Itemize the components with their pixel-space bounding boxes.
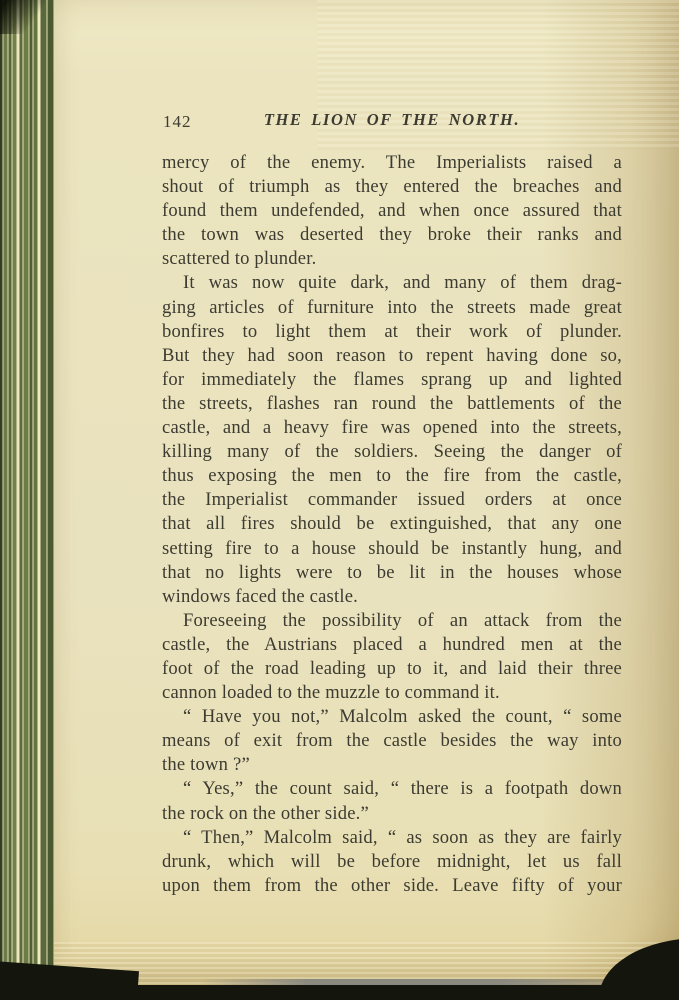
text-line: thus exposing the men to the fire from t… <box>162 464 622 488</box>
book-page-edges <box>0 0 56 988</box>
text-line: upon them from the other side. Leave fif… <box>162 874 622 898</box>
text-line: bonfires to light them at their work of … <box>162 320 622 344</box>
running-head: THE LION OF THE NORTH. <box>162 110 622 130</box>
text-line: castle, and a heavy fire was opened into… <box>162 416 622 440</box>
text-line: the town was deserted they broke their r… <box>162 223 622 247</box>
text-line: shout of triumph as they entered the bre… <box>162 175 622 199</box>
page-text: 142 THE LION OF THE NORTH. mercy of the … <box>162 110 622 898</box>
text-line: cannon loaded to the muzzle to command i… <box>162 681 622 705</box>
text-line: castle, the Austrians placed a hundred m… <box>162 633 622 657</box>
text-line: the town ?” <box>162 753 622 777</box>
text-line: drunk, which will be before midnight, le… <box>162 850 622 874</box>
text-line: the streets, flashes ran round the battl… <box>162 392 622 416</box>
text-line: the rock on the other side.” <box>162 802 622 826</box>
text-line: ging articles of furniture into the stre… <box>162 296 622 320</box>
text-line: “ Then,” Malcolm said, “ as soon as they… <box>162 826 622 850</box>
paragraph: “ Yes,” the count said, “ there is a foo… <box>162 777 622 825</box>
text-line: “ Have you not,” Malcolm asked the count… <box>162 705 622 729</box>
paragraph: “ Have you not,” Malcolm asked the count… <box>162 705 622 777</box>
text-line: scattered to plunder. <box>162 247 622 271</box>
text-line: found them undefended, and when once ass… <box>162 199 622 223</box>
book-cover-edge <box>0 985 679 1000</box>
text-line: the Imperialist commander issued orders … <box>162 488 622 512</box>
book-photo: 142 THE LION OF THE NORTH. mercy of the … <box>0 0 679 1000</box>
corner-shadow <box>0 0 46 34</box>
text-line: killing many of the soldiers. Seeing the… <box>162 440 622 464</box>
text-line: that all fires should be extinguished, t… <box>162 512 622 536</box>
paragraph: Foreseeing the possibility of an attack … <box>162 609 622 705</box>
text-line: Foreseeing the possibility of an attack … <box>162 609 622 633</box>
text-line: setting fire to a house should be instan… <box>162 537 622 561</box>
text-line: foot of the road leading up to it, and l… <box>162 657 622 681</box>
paragraph: mercy of the enemy. The Imperialists rai… <box>162 151 622 271</box>
paragraph: It was now quite dark, and many of them … <box>162 271 622 608</box>
text-line: But they had soon reason to repent havin… <box>162 344 622 368</box>
page-number: 142 <box>163 112 192 132</box>
text-line: mercy of the enemy. The Imperialists rai… <box>162 151 622 175</box>
text-line: “ Yes,” the count said, “ there is a foo… <box>162 777 622 801</box>
text-line: for immediately the flames sprang up and… <box>162 368 622 392</box>
text-line: that no lights were to be lit in the hou… <box>162 561 622 585</box>
page-body: mercy of the enemy. The Imperialists rai… <box>162 151 622 898</box>
text-line: windows faced the castle. <box>162 585 622 609</box>
text-line: means of exit from the castle besides th… <box>162 729 622 753</box>
text-line: It was now quite dark, and many of them … <box>162 271 622 295</box>
paragraph: “ Then,” Malcolm said, “ as soon as they… <box>162 826 622 898</box>
page-header: 142 THE LION OF THE NORTH. <box>162 110 622 134</box>
